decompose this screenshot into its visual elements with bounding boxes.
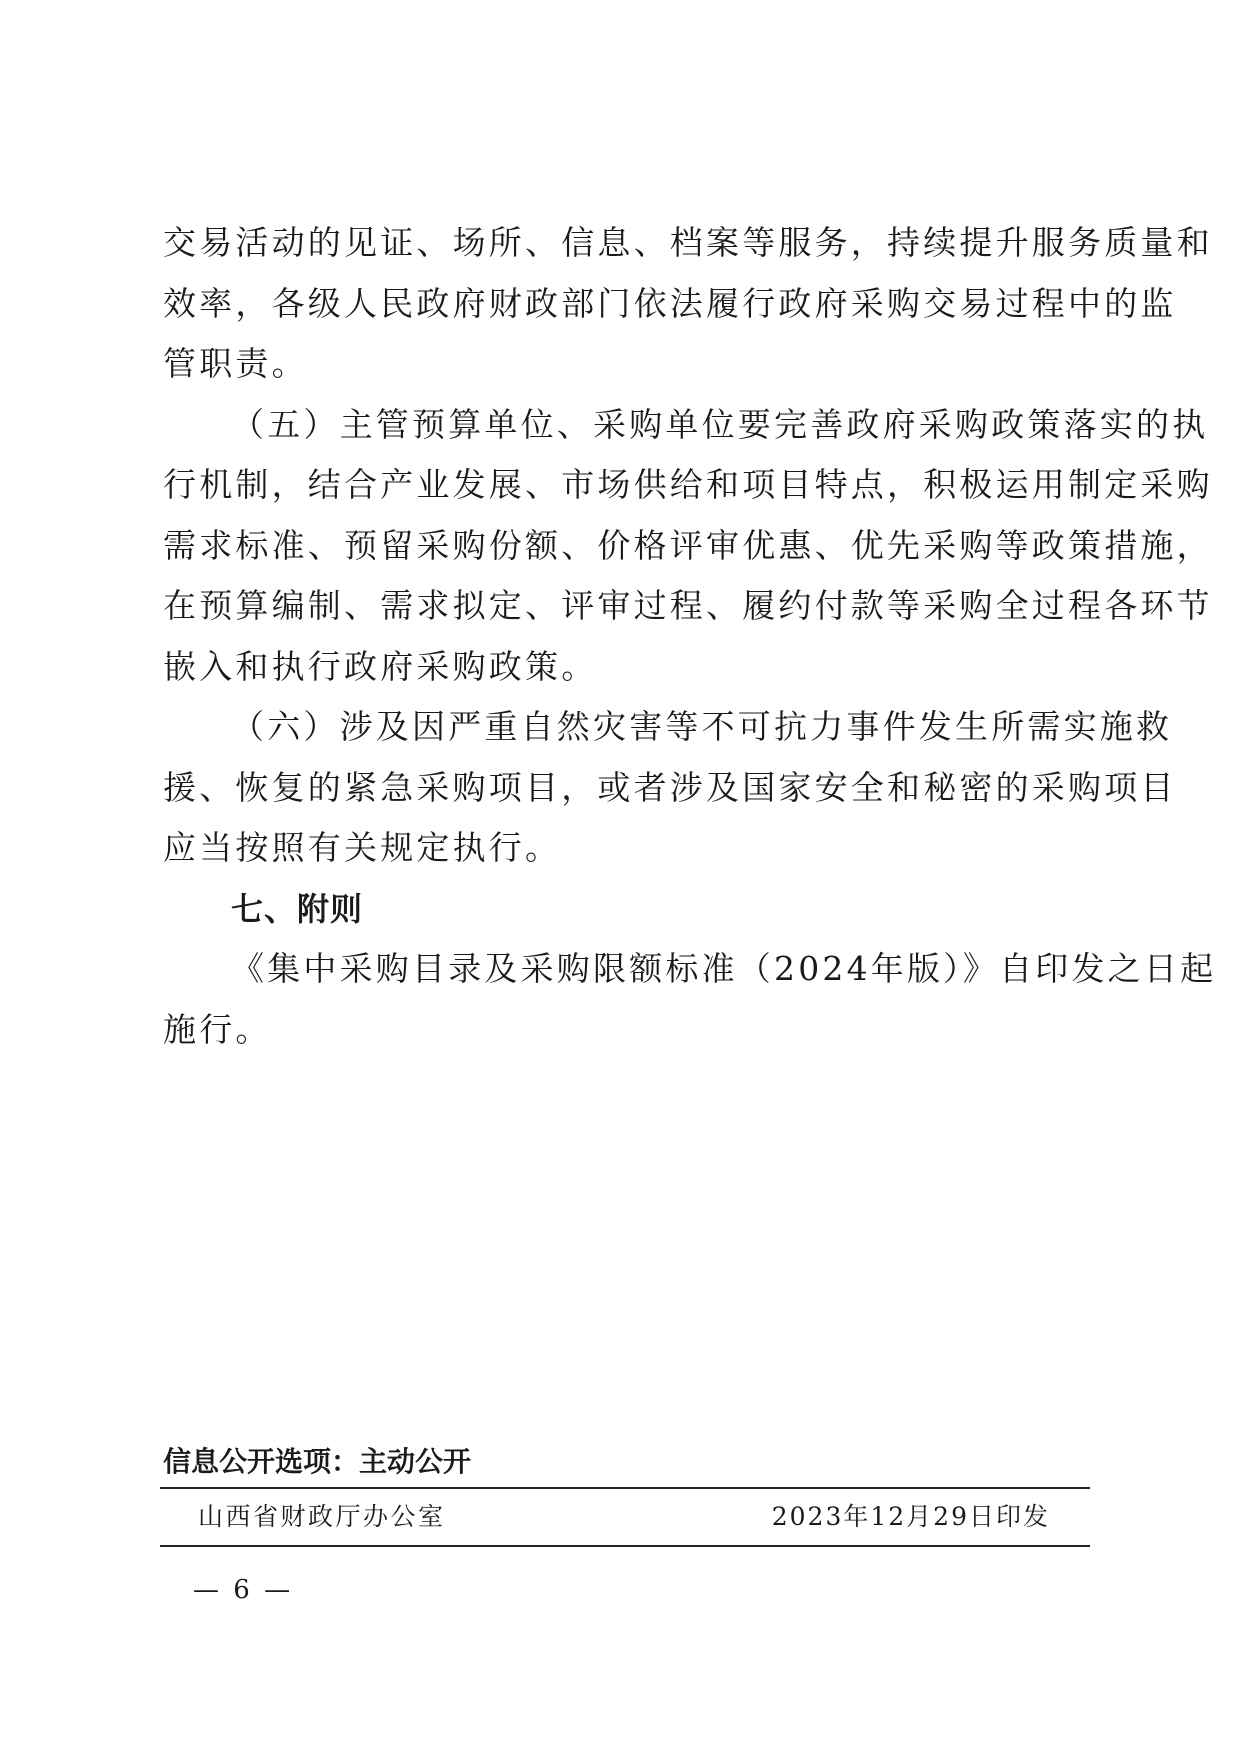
issuer: 山西省财政厅办公室 [198,1497,446,1533]
paragraph-line: 援、恢复的紧急采购项目，或者涉及国家安全和秘密的采购项目 [163,758,1088,819]
paragraph-line: 应当按照有关规定执行。 [163,818,1088,879]
paragraph-line: 在预算编制、需求拟定、评审过程、履约付款等采购全过程各环节 [163,576,1088,637]
paragraph-line: 施行。 [163,1000,1088,1061]
paragraph-line: 行机制，结合产业发展、市场供给和项目特点，积极运用制定采购 [163,455,1088,516]
document-body: 交易活动的见证、场所、信息、档案等服务，持续提升服务质量和 效率，各级人民政府财… [163,213,1088,1060]
footer-rule-top [160,1487,1090,1489]
paragraph-line: 需求标准、预留采购份额、价格评审优惠、优先采购等政策措施， [163,516,1088,577]
paragraph-line: 嵌入和执行政府采购政策。 [163,637,1088,698]
paragraph-line: （五）主管预算单位、采购单位要完善政府采购政策落实的执 [163,395,1088,456]
section-heading: 七、附则 [163,879,1088,940]
footer-rule-bottom [160,1545,1090,1547]
paragraph-line: （六）涉及因严重自然灾害等不可抗力事件发生所需实施救 [163,697,1088,758]
issue-date: 2023年12月29日印发 [772,1497,1050,1533]
paragraph-line: 《集中采购目录及采购限额标准（2024年版）》自印发之日起 [163,939,1088,1000]
paragraph-line: 管职责。 [163,334,1088,395]
disclosure-label: 信息公开选项：主动公开 [163,1440,471,1480]
paragraph-line: 交易活动的见证、场所、信息、档案等服务，持续提升服务质量和 [163,213,1088,274]
paragraph-line: 效率，各级人民政府财政部门依法履行政府采购交易过程中的监 [163,274,1088,335]
page-number: — 6 — [193,1575,293,1605]
document-page: 交易活动的见证、场所、信息、档案等服务，持续提升服务质量和 效率，各级人民政府财… [0,0,1240,1753]
